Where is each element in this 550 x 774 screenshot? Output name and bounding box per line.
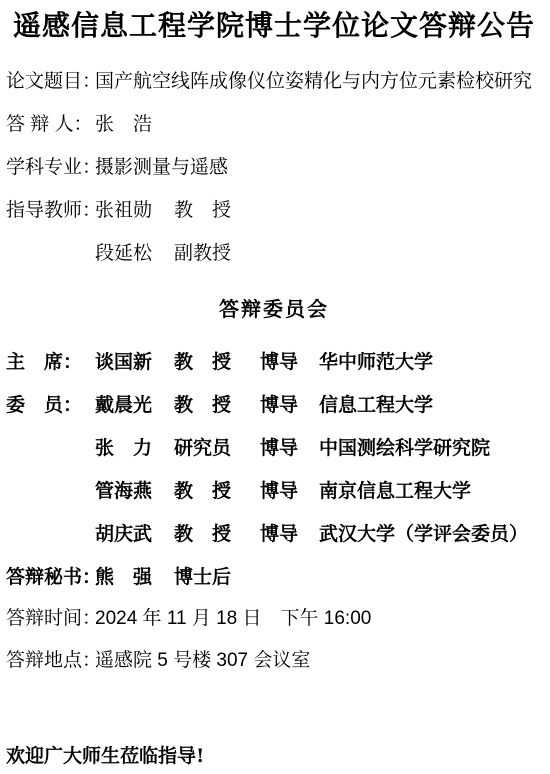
member-degree: 博导 [260, 523, 319, 545]
supervisor-line-2: 段延松 副教授 [6, 244, 542, 264]
candidate-name: 张 浩 [95, 115, 152, 135]
supervisor-label: 指导教师： [6, 201, 95, 221]
defense-location-label: 答辩地点： [6, 651, 95, 671]
member-affiliation: 中国测绘科学研究院 [319, 437, 542, 459]
member-title: 研究员 [174, 437, 260, 459]
thesis-title-value: 国产航空线阵成像仪位姿精化与内方位元素检校研究 [95, 72, 532, 92]
secretary-row: 答辩秘书： 熊 强 博士后 [6, 566, 542, 588]
schedule-section: 答辩时间： 2024 年 11 月 18 日 下午 16:00 答辩地点： 遥感… [6, 609, 542, 671]
defense-time-label: 答辩时间： [6, 609, 95, 629]
supervisor-name: 张祖勋 [95, 201, 174, 221]
committee-member-row: 管海燕 教 授 博导 南京信息工程大学 [6, 480, 542, 502]
info-section: 论文题目： 国产航空线阵成像仪位姿精化与内方位元素检校研究 答 辩 人： 张 浩… [6, 72, 542, 264]
defense-location-line: 答辩地点： 遥感院 5 号楼 307 会议室 [6, 651, 542, 671]
committee-heading: 答辩委员会 [6, 296, 542, 322]
secretary-name: 熊 强 [95, 566, 174, 588]
member-degree: 博导 [260, 351, 319, 373]
major-line: 学科专业： 摄影测量与遥感 [6, 158, 542, 178]
member-name: 戴晨光 [95, 394, 174, 416]
welcome-message: 欢迎广大师生莅临指导! [6, 744, 204, 768]
thesis-title-line: 论文题目： 国产航空线阵成像仪位姿精化与内方位元素检校研究 [6, 72, 542, 92]
member-title: 教 授 [174, 394, 260, 416]
member-label: 委 员： [6, 394, 95, 416]
secretary-label: 答辩秘书： [6, 566, 95, 588]
defense-time-line: 答辩时间： 2024 年 11 月 18 日 下午 16:00 [6, 609, 542, 629]
candidate-line: 答 辩 人： 张 浩 [6, 115, 542, 135]
member-name: 胡庆武 [95, 523, 174, 545]
committee-member-row: 张 力 研究员 博导 中国测绘科学研究院 [6, 437, 542, 459]
supervisor-title: 教 授 [174, 201, 260, 221]
page-title: 遥感信息工程学院博士学位论文答辩公告 [6, 8, 542, 44]
committee-chair-row: 主 席： 谈国新 教 授 博导 华中师范大学 [6, 351, 542, 373]
supervisor-name: 段延松 [95, 244, 174, 264]
secretary-title: 博士后 [174, 566, 260, 588]
thesis-title-label: 论文题目： [6, 72, 95, 92]
supervisor-line-1: 指导教师： 张祖勋 教 授 [6, 201, 542, 221]
member-title: 教 授 [174, 523, 260, 545]
major-value: 摄影测量与遥感 [95, 158, 228, 178]
member-name: 张 力 [95, 437, 174, 459]
major-label: 学科专业： [6, 158, 95, 178]
member-title: 教 授 [174, 480, 260, 502]
member-name: 谈国新 [95, 351, 174, 373]
member-name: 管海燕 [95, 480, 174, 502]
defense-location-value: 遥感院 5 号楼 307 会议室 [95, 651, 310, 671]
member-affiliation: 华中师范大学 [319, 351, 542, 373]
member-affiliation: 信息工程大学 [319, 394, 542, 416]
defense-announcement-page: 遥感信息工程学院博士学位论文答辩公告 论文题目： 国产航空线阵成像仪位姿精化与内… [0, 0, 550, 774]
committee-section: 主 席： 谈国新 教 授 博导 华中师范大学 委 员： 戴晨光 教 授 博导 信… [6, 351, 542, 588]
candidate-label: 答 辩 人： [6, 115, 95, 135]
chair-label: 主 席： [6, 351, 95, 373]
member-degree: 博导 [260, 394, 319, 416]
defense-time-value: 2024 年 11 月 18 日 下午 16:00 [95, 609, 371, 629]
supervisor-title: 副教授 [174, 244, 260, 264]
committee-member-row: 胡庆武 教 授 博导 武汉大学（学评会委员） [6, 523, 542, 545]
member-affiliation: 南京信息工程大学 [319, 480, 542, 502]
member-affiliation: 武汉大学（学评会委员） [319, 523, 542, 545]
member-title: 教 授 [174, 351, 260, 373]
member-degree: 博导 [260, 480, 319, 502]
committee-member-row: 委 员： 戴晨光 教 授 博导 信息工程大学 [6, 394, 542, 416]
member-degree: 博导 [260, 437, 319, 459]
